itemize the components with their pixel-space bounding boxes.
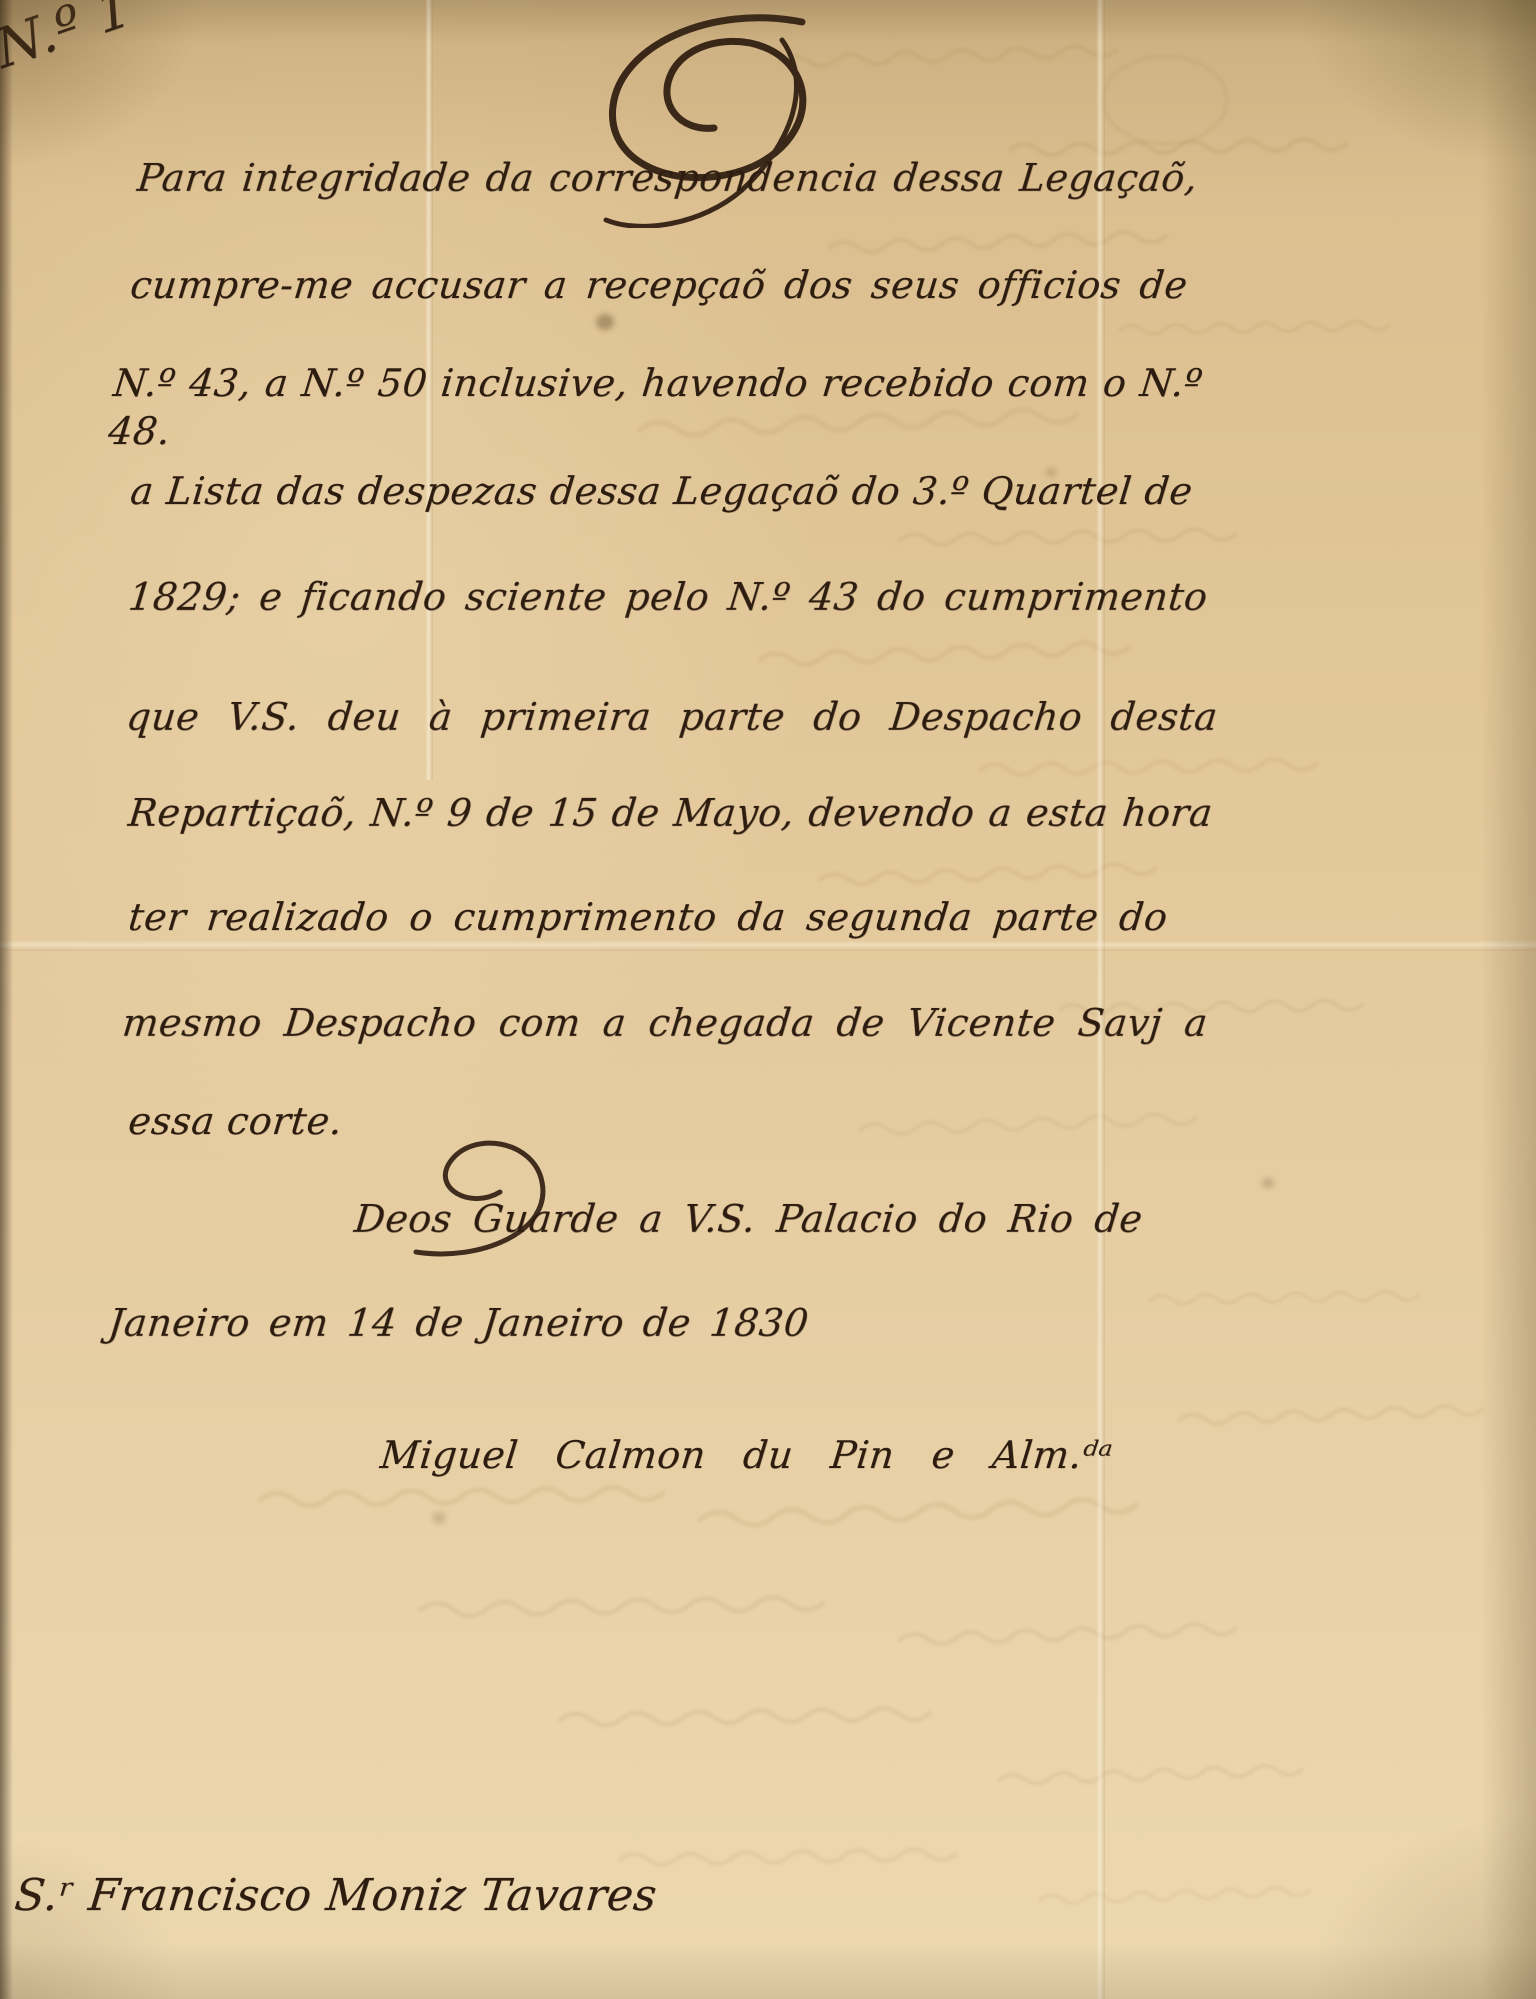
body-line-1: Para integridade da correspondencia dess… <box>135 155 1200 203</box>
body-line-6: que V.S. deu à primeira parte do Despach… <box>124 694 1220 742</box>
body-line-7: Repartiçaõ, N.º 9 de 15 de Mayo, devendo… <box>126 790 1215 838</box>
body-line-4: a Lista das despezas dessa Legaçaõ do 3.… <box>128 468 1195 516</box>
ink-stain <box>432 1512 446 1524</box>
ink-stain <box>596 314 614 330</box>
ink-stain <box>1262 1178 1274 1188</box>
closing-line-2: Janeiro em 14 de Janeiro de 1830 <box>106 1300 811 1348</box>
body-line-8: ter realizado o cumprimento da segunda p… <box>126 894 1170 942</box>
closing-flourish-ornament <box>388 1120 608 1270</box>
manuscript-page: N.º 1 Para integridade da correspondenci… <box>0 0 1536 1999</box>
addressee: S.ʳ Francisco Moniz Tavares <box>12 1868 660 1923</box>
body-line-10: essa corte. <box>126 1098 345 1146</box>
fold-crease-horizontal <box>0 940 1536 951</box>
signature: Miguel Calmon du Pin e Alm.ᵈᵃ <box>378 1432 1115 1480</box>
body-line-3: N.º 43, a N.º 50 inclusive, havendo rece… <box>106 360 1205 455</box>
folio-number: N.º 1 <box>0 0 139 84</box>
closing-line-1: Deos Guarde a V.S. Palacio do Rio de <box>352 1196 1145 1244</box>
body-line-2: cumpre-me accusar a recepçaõ dos seus of… <box>128 262 1190 310</box>
body-line-9: mesmo Despacho com a chegada de Vicente … <box>120 1000 1210 1048</box>
body-line-5: 1829; e ficando sciente pelo N.º 43 do c… <box>126 574 1210 622</box>
